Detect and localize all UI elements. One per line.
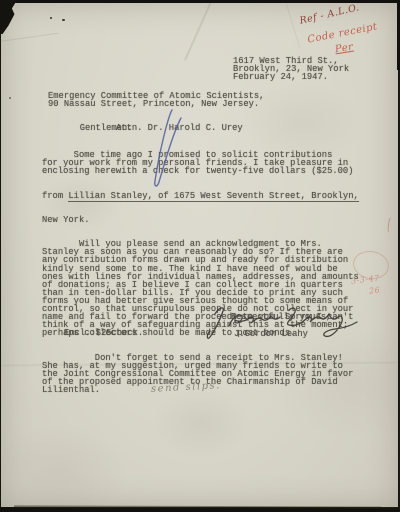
underline-prefix: from [42, 191, 68, 201]
typed-line: enclosing herewith a check for twenty-fi… [42, 167, 359, 175]
red-ref-annotation: Ref - A.L.O. [299, 2, 361, 26]
blue-checkmark [141, 103, 191, 198]
red-margin-number: 26 [369, 285, 381, 295]
typed-line: February 24, 1947. [233, 73, 349, 81]
scan-edge-bottom [0, 508, 400, 512]
paper-crease [285, 0, 301, 48]
paper-speck [62, 19, 65, 21]
red-margin-tick [387, 217, 395, 234]
paper-speck [50, 17, 52, 19]
underlined-donor-address: Lillian Stanley, of 1675 West Seventh St… [68, 191, 358, 202]
scanned-letter: Ref - A.L.O. Code receipt Per 3-3-47 26 … [0, 0, 400, 512]
paper-speck [9, 97, 11, 99]
paragraph-1-close: New York. [42, 216, 359, 224]
red-per-annotation: Per [334, 42, 354, 56]
paper-crease [0, 33, 59, 43]
paragraph-1: Some time ago I promised to solicit cont… [42, 151, 359, 175]
paper-crease [184, 1, 211, 60]
scan-edge-top [0, 0, 400, 3]
sender-address: 1617 West Third St.,Brooklyn, 23, New Yo… [233, 57, 349, 81]
enclosure-note: Encl.:$25check. [64, 329, 143, 337]
letter-body: Some time ago I promised to solicit cont… [42, 135, 359, 410]
signature [199, 300, 364, 348]
paragraph-1-underlined-line: from Lillian Stanley, of 1675 West Seven… [42, 192, 359, 200]
red-receipt-annotation: Code receipt [307, 21, 379, 45]
letter-paper: Ref - A.L.O. Code receipt Per 3-3-47 26 … [1, 3, 398, 507]
